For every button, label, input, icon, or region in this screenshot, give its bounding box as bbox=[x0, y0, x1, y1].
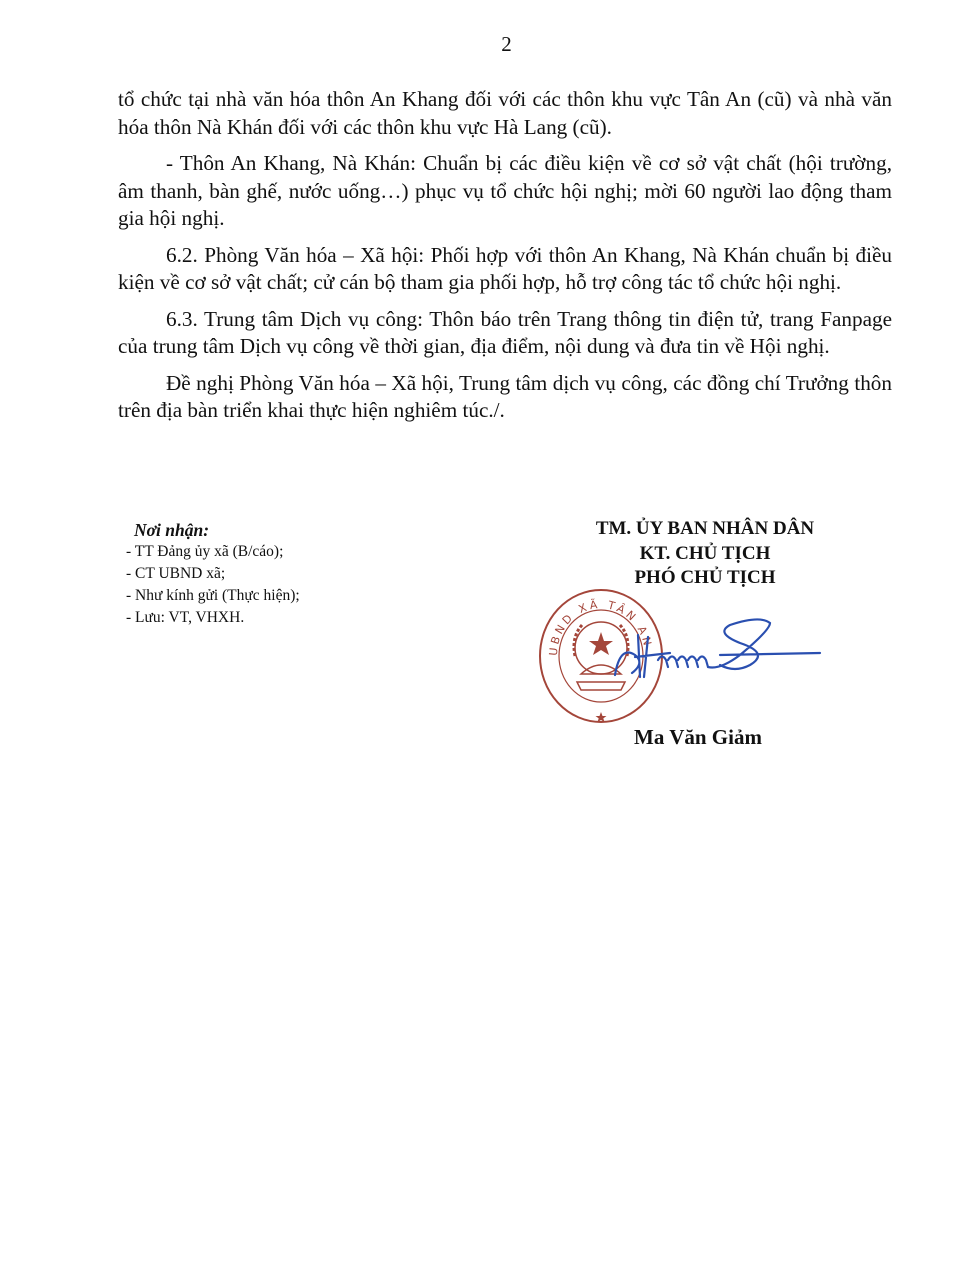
signature-block: TM. ỦY BAN NHÂN DÂN KT. CHỦ TỊCH PHÓ CHỦ… bbox=[560, 517, 850, 591]
handwritten-signature-icon bbox=[610, 615, 830, 685]
page-number: 2 bbox=[0, 32, 978, 57]
signature-authority: KT. CHỦ TỊCH bbox=[560, 542, 850, 567]
recipient-item: - CT UBND xã; bbox=[126, 563, 300, 585]
recipients-block: Nơi nhận: - TT Đảng ủy xã (B/cáo); - CT … bbox=[126, 519, 300, 629]
recipient-item: - TT Đảng ủy xã (B/cáo); bbox=[126, 541, 300, 563]
document-body: tổ chức tại nhà văn hóa thôn An Khang đố… bbox=[118, 86, 892, 434]
recipients-title: Nơi nhận: bbox=[134, 519, 300, 541]
recipient-item: - Lưu: VT, VHXH. bbox=[126, 607, 300, 629]
paragraph-villages-preparation: - Thôn An Khang, Nà Khán: Chuẩn bị các đ… bbox=[118, 150, 892, 233]
paragraph-continuation: tổ chức tại nhà văn hóa thôn An Khang đố… bbox=[118, 86, 892, 141]
recipient-item: - Như kính gửi (Thực hiện); bbox=[126, 585, 300, 607]
paragraph-6-3: 6.3. Trung tâm Dịch vụ công: Thôn báo tr… bbox=[118, 306, 892, 361]
paragraph-request: Đề nghị Phòng Văn hóa – Xã hội, Trung tâ… bbox=[118, 370, 892, 425]
signature-org: TM. ỦY BAN NHÂN DÂN bbox=[560, 517, 850, 542]
paragraph-6-2: 6.2. Phòng Văn hóa – Xã hội: Phối hợp vớ… bbox=[118, 242, 892, 297]
signer-name: Ma Văn Giảm bbox=[634, 725, 762, 750]
